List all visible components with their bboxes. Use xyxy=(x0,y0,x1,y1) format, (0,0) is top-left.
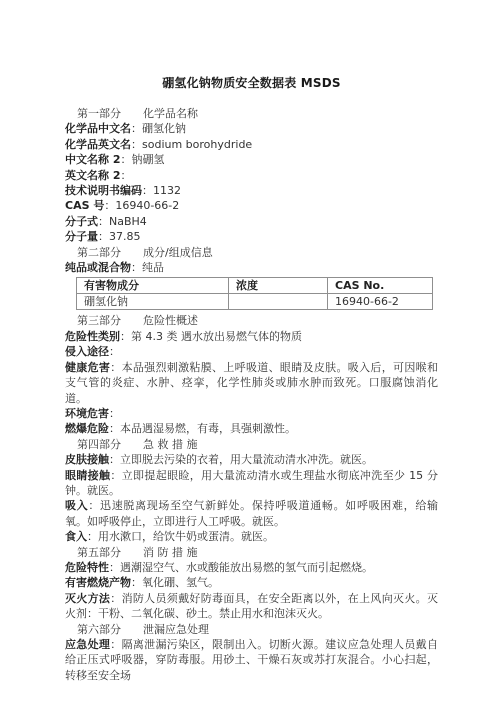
field-eye-contact: 眼睛接触：立即提起眼睑，用大量流动清水或生理盐水彻底冲洗至少 15 分钟。就医。 xyxy=(65,468,438,499)
field-label: 分子式 xyxy=(65,215,98,228)
field-value: NaBH4 xyxy=(109,215,147,228)
section-heading-part2: 第二部分 成分/组成信息 xyxy=(65,245,438,260)
field-label: 眼睛接触 xyxy=(65,469,110,482)
field-separator: ： xyxy=(131,576,142,589)
field-value: 消防人员须戴好防毒面具，在安全距离以外，在上风向灭火。灭火剂：干粉、二氧化碳、砂… xyxy=(65,592,438,620)
field-label: 应急处理 xyxy=(65,638,110,651)
field-skin-contact: 皮肤接触：立即脱去污染的衣着，用大量流动清水冲洗。就医。 xyxy=(65,452,438,467)
field-value: 氧化硼、氢气。 xyxy=(142,576,219,589)
field-separator: ： xyxy=(104,199,115,212)
table-header-concentration: 浓度 xyxy=(229,278,328,294)
field-label: 纯品或混合物 xyxy=(65,261,131,274)
field-firefighting-method: 灭火方法：消防人员须戴好防毒面具，在安全距离以外，在上风向灭火。灭火剂：干粉、二… xyxy=(65,591,438,622)
field-molecular-formula: 分子式：NaBH4 xyxy=(65,214,438,229)
field-explosion-hazard: 燃爆危险：本品遇湿易燃，有毒，具强刺激性。 xyxy=(65,421,438,436)
field-separator: ： xyxy=(131,122,142,135)
field-value: 钠硼氢 xyxy=(131,153,164,166)
document-title: 硼氢化钠物质安全数据表 MSDS xyxy=(65,75,438,91)
field-label: 吸入 xyxy=(65,499,88,512)
table-row: 硼氢化钠 16940-66-2 xyxy=(77,294,433,310)
field-molecular-weight: 分子量：37.85 xyxy=(65,229,438,244)
field-value: 隔离泄漏污染区，限制出入。切断火源。建议应急处理人员戴自给正压式呼吸器，穿防毒服… xyxy=(65,638,438,682)
field-label: 化学品英文名 xyxy=(65,138,131,151)
composition-table: 有害物成分 浓度 CAS No. 硼氢化钠 16940-66-2 xyxy=(76,277,433,310)
field-english-name: 化学品英文名：sodium borohydride xyxy=(65,137,438,152)
field-label: 中文名称 2 xyxy=(65,153,120,166)
field-value: 用水漱口，给饮牛奶或蛋清。就医。 xyxy=(98,530,274,543)
table-cell-cas: 16940-66-2 xyxy=(328,294,433,310)
field-combustion-products: 有害燃烧产物：氧化硼、氢气。 xyxy=(65,575,438,590)
field-value: 立即脱去污染的衣着，用大量流动清水冲洗。就医。 xyxy=(120,453,373,466)
field-pure-or-mixture: 纯品或混合物：纯品 xyxy=(65,260,438,275)
field-value: 硼氢化钠 xyxy=(142,122,186,135)
field-environmental-hazard: 环境危害： xyxy=(65,406,438,421)
field-separator: ： xyxy=(131,138,142,151)
section-heading-part1: 第一部分 化学品名称 xyxy=(65,106,438,121)
field-separator: ： xyxy=(110,638,121,651)
field-separator: ： xyxy=(109,407,120,420)
field-label: 分子量 xyxy=(65,230,98,243)
table-cell-component: 硼氢化钠 xyxy=(77,294,229,310)
field-value: 遇潮湿空气、水或酸能放出易燃的氢气而引起燃烧。 xyxy=(120,561,373,574)
table-header-row: 有害物成分 浓度 CAS No. xyxy=(77,278,433,294)
section-heading-part6: 第六部分 泄漏应急处理 xyxy=(65,622,438,637)
field-hazard-characteristics: 危险特性：遇潮湿空气、水或酸能放出易燃的氢气而引起燃烧。 xyxy=(65,560,438,575)
field-label: 危险性类别 xyxy=(65,330,120,343)
field-label: 食入 xyxy=(65,530,87,543)
field-label: CAS 号 xyxy=(65,199,104,212)
field-label: 皮肤接触 xyxy=(65,453,109,466)
field-separator: ： xyxy=(109,345,120,358)
field-ingestion: 食入：用水漱口，给饮牛奶或蛋清。就医。 xyxy=(65,529,438,544)
field-value: 37.85 xyxy=(109,230,141,243)
field-value: 迅速脱离现场至空气新鲜处。保持呼吸道通畅。如呼吸困难，给输氧。如呼吸停止，立即进… xyxy=(65,499,438,527)
field-emergency-treatment: 应急处理：隔离泄漏污染区，限制出入。切断火源。建议应急处理人员戴自给正压式呼吸器… xyxy=(65,637,438,683)
field-separator: ： xyxy=(109,453,120,466)
field-english-name-2: 英文名称 2： xyxy=(65,168,438,183)
field-entry-routes: 侵入途径： xyxy=(65,344,438,359)
document-body: 硼氢化钠物质安全数据表 MSDS 第一部分 化学品名称 化学品中文名：硼氢化钠 … xyxy=(65,75,438,683)
field-value: 本品遇湿易燃，有毒，具强刺激性。 xyxy=(120,422,296,435)
field-separator: ： xyxy=(88,499,100,512)
field-separator: ： xyxy=(109,422,120,435)
field-separator: ： xyxy=(87,530,98,543)
field-label: 健康危害 xyxy=(65,361,110,374)
field-label: 侵入途径 xyxy=(65,345,109,358)
field-separator: ： xyxy=(120,153,131,166)
section-heading-part5: 第五部分 消 防 措 施 xyxy=(65,545,438,560)
field-separator: ： xyxy=(110,469,121,482)
field-separator: ： xyxy=(142,184,153,197)
field-separator: ： xyxy=(109,561,120,574)
table-header-hazardous-component: 有害物成分 xyxy=(77,278,229,294)
field-label: 化学品中文名 xyxy=(65,122,131,135)
field-value: 本品强烈刺激粘膜、上呼吸道、眼睛及皮肤。吸入后，可因喉和支气管的炎症、水肿、痉挛… xyxy=(65,361,438,405)
field-tech-sheet-code: 技术说明书编码：1132 xyxy=(65,183,438,198)
field-value: 1132 xyxy=(153,184,181,197)
field-label: 燃爆危险 xyxy=(65,422,109,435)
field-label: 危险特性 xyxy=(65,561,109,574)
field-value: 16940-66-2 xyxy=(115,199,179,212)
field-separator: ： xyxy=(110,592,121,605)
field-label: 有害燃烧产物 xyxy=(65,576,131,589)
field-separator: ： xyxy=(131,261,142,274)
field-separator: ： xyxy=(110,361,121,374)
section-heading-part4: 第四部分 急 救 措 施 xyxy=(65,437,438,452)
field-separator: ： xyxy=(120,169,131,182)
field-separator: ： xyxy=(98,230,109,243)
section-heading-part3: 第三部分 危险性概述 xyxy=(65,313,438,328)
field-health-hazard: 健康危害：本品强烈刺激粘膜、上呼吸道、眼睛及皮肤。吸入后，可因喉和支气管的炎症、… xyxy=(65,360,438,406)
field-separator: ： xyxy=(98,215,109,228)
field-value: 纯品 xyxy=(142,261,164,274)
field-label: 技术说明书编码 xyxy=(65,184,142,197)
field-cas-number: CAS 号：16940-66-2 xyxy=(65,198,438,213)
table-header-cas-no: CAS No. xyxy=(328,278,433,294)
field-separator: ： xyxy=(120,330,131,343)
field-value: 第 4.3 类 遇水放出易燃气体的物质 xyxy=(131,330,302,343)
field-chinese-name: 化学品中文名：硼氢化钠 xyxy=(65,121,438,136)
field-hazard-class: 危险性类别：第 4.3 类 遇水放出易燃气体的物质 xyxy=(65,329,438,344)
field-label: 英文名称 2 xyxy=(65,169,120,182)
field-value: 立即提起眼睑，用大量流动清水或生理盐水彻底冲洗至少 15 分钟。就医。 xyxy=(65,469,438,497)
field-chinese-name-2: 中文名称 2：钠硼氢 xyxy=(65,152,438,167)
field-label: 灭火方法 xyxy=(65,592,110,605)
field-value: sodium borohydride xyxy=(142,138,252,151)
field-inhalation: 吸入：迅速脱离现场至空气新鲜处。保持呼吸道通畅。如呼吸困难，给输氧。如呼吸停止，… xyxy=(65,498,438,529)
field-label: 环境危害 xyxy=(65,407,109,420)
msds-document-page: 硼氢化钠物质安全数据表 MSDS 第一部分 化学品名称 化学品中文名：硼氢化钠 … xyxy=(0,0,500,707)
table-cell-concentration xyxy=(229,294,328,310)
